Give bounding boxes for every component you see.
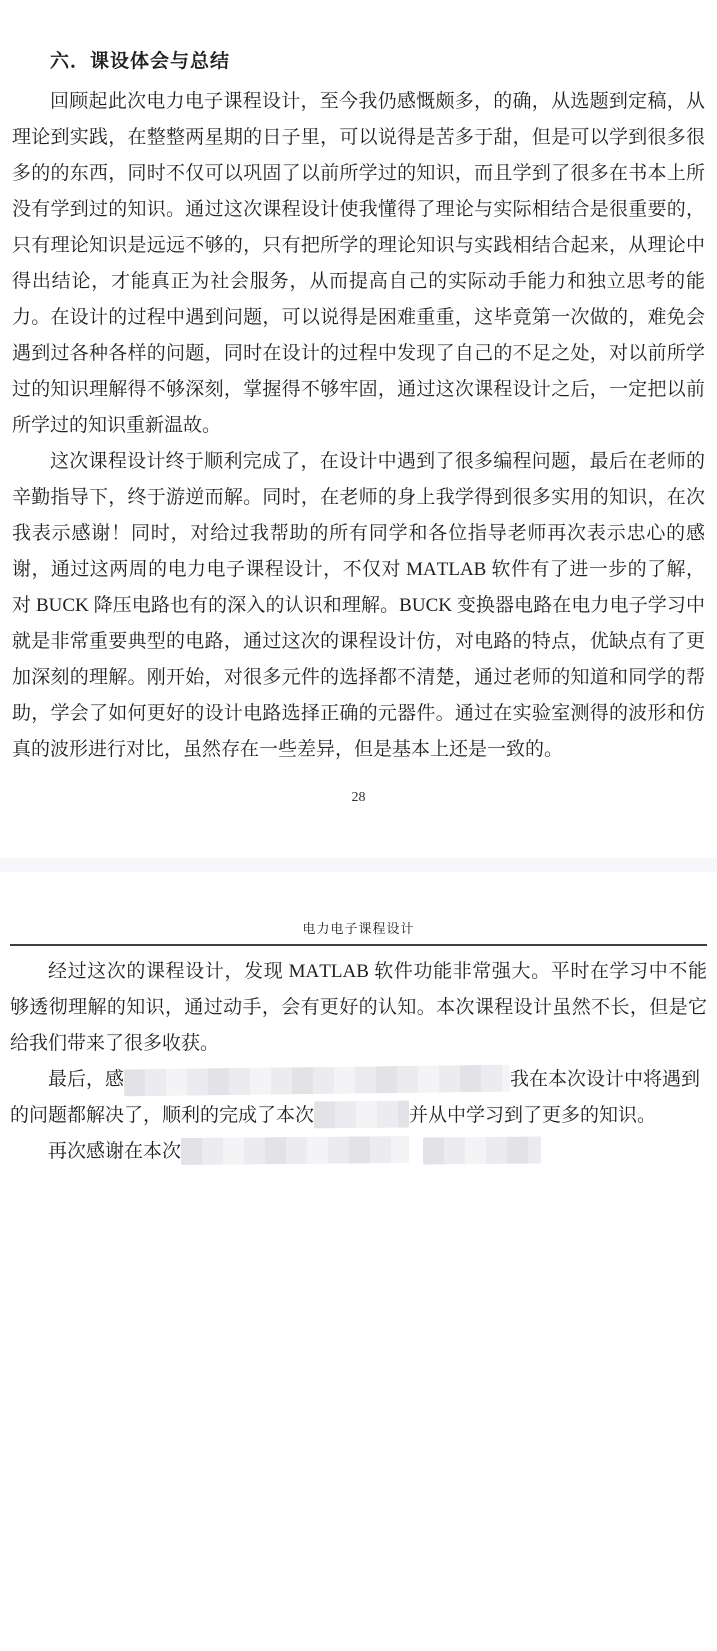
page-separator (0, 858, 717, 872)
body-paragraph: 回顾起此次电力电子课程设计，至今我仍感慨颇多，的确，从选题到定稿，从理论到实践，… (12, 84, 705, 444)
body-paragraph: 这次课程设计终于顺利完成了，在设计中遇到了很多编程问题，最后在老师的辛勤指导下，… (12, 444, 705, 768)
page-2-body: 经过这次的课程设计，发现 MATLAB 软件功能非常强大。平时在学习中不能够透彻… (10, 946, 707, 1170)
section-heading: 六．课设体会与总结 (12, 44, 705, 80)
redaction-blur (181, 1136, 409, 1165)
redacted-line-prefix: 再次感谢在本次 (48, 1141, 181, 1162)
redacted-line: 的问题都解决了，顺利的完成了本次并从中学习到了更多的知识。 (10, 1098, 707, 1134)
page-number: 28 (12, 790, 705, 806)
redaction-blur (423, 1136, 541, 1164)
redaction-blur (124, 1065, 510, 1097)
redacted-line-prefix: 最后，感 (48, 1069, 124, 1090)
document-view: 六．课设体会与总结 回顾起此次电力电子课程设计，至今我仍感慨颇多，的确，从选题到… (0, 0, 717, 1651)
page-header-title: 电力电子课程设计 (10, 918, 707, 937)
page-header: 电力电子课程设计 (10, 918, 707, 946)
redacted-line-suffix: 并从中学习到了更多的知识。 (409, 1105, 656, 1126)
redacted-line: 再次感谢在本次 (10, 1134, 707, 1170)
redacted-line-suffix: 我在本次设计中将遇到 (510, 1069, 700, 1090)
body-paragraph: 经过这次的课程设计，发现 MATLAB 软件功能非常强大。平时在学习中不能够透彻… (10, 954, 707, 1062)
redacted-line: 最后，感我在本次设计中将遇到 (10, 1062, 707, 1098)
redacted-line-prefix: 的问题都解决了，顺利的完成了本次 (10, 1105, 314, 1126)
page-1: 六．课设体会与总结 回顾起此次电力电子课程设计，至今我仍感慨颇多，的确，从选题到… (0, 0, 717, 858)
page-2: 电力电子课程设计 经过这次的课程设计，发现 MATLAB 软件功能非常强大。平时… (0, 872, 717, 1651)
redaction-blur (314, 1101, 409, 1129)
